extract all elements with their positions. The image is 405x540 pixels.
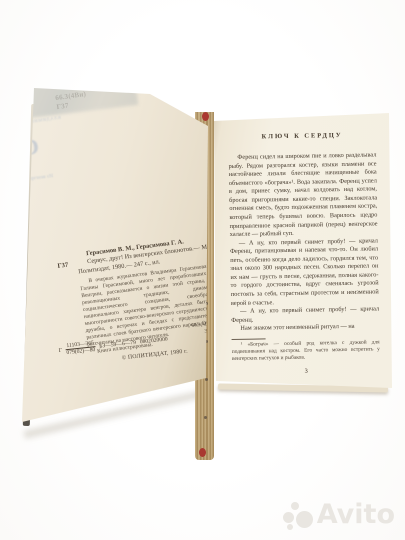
right-page: КЛЮЧ К СЕРДЦУ Ференц сидел на широком пн… bbox=[211, 108, 393, 392]
left-page: 66.3(4Ви) Г37 ВЛАДИМИР ГЕРАСИМОВ · ГАЛИН… bbox=[20, 68, 212, 430]
chapter-title: КЛЮЧ К СЕРДЦУ bbox=[228, 131, 376, 141]
page-number: 3 bbox=[232, 366, 380, 376]
book-listing-photo: 66.3(4Ви) Г37 ВЛАДИМИР ГЕРАСИМОВ · ГАЛИН… bbox=[0, 0, 405, 540]
watermark-label: Avito bbox=[317, 499, 395, 530]
showthrough-photo-block bbox=[18, 61, 138, 119]
body-paragraph: Ференц сидел на широком пне и ловко разд… bbox=[228, 151, 377, 239]
avito-logo-icon bbox=[283, 500, 313, 530]
footnote-rule bbox=[232, 338, 266, 340]
headband-bottom bbox=[199, 448, 206, 457]
body-paragraph: — А ну, кто первый снимет пробу! — крича… bbox=[230, 237, 379, 308]
page-text-block: КЛЮЧ К СЕРДЦУ Ференц сидел на широком пн… bbox=[228, 131, 380, 375]
avito-watermark: Avito bbox=[283, 499, 395, 530]
formula-fraction: 11103—365 079(02)—80 bbox=[65, 340, 96, 356]
catalog-card-index: Г37 bbox=[57, 262, 69, 270]
body-paragraph: Нам знаком этот неизменный ритуал — на bbox=[231, 323, 379, 334]
showthrough-book-title: Сервус, друг! bbox=[0, 132, 53, 178]
formula-series: БЗ—59—6—79 bbox=[99, 340, 136, 350]
showthrough-subtitle: Из венгерских блокнотов bbox=[0, 170, 79, 189]
formula-code: 0802020000 bbox=[140, 336, 168, 345]
headband-top bbox=[202, 112, 209, 121]
formula-index: Г bbox=[58, 347, 62, 353]
footnote: ¹ «Бограч» — особый род котелка с дужкой… bbox=[232, 339, 380, 363]
